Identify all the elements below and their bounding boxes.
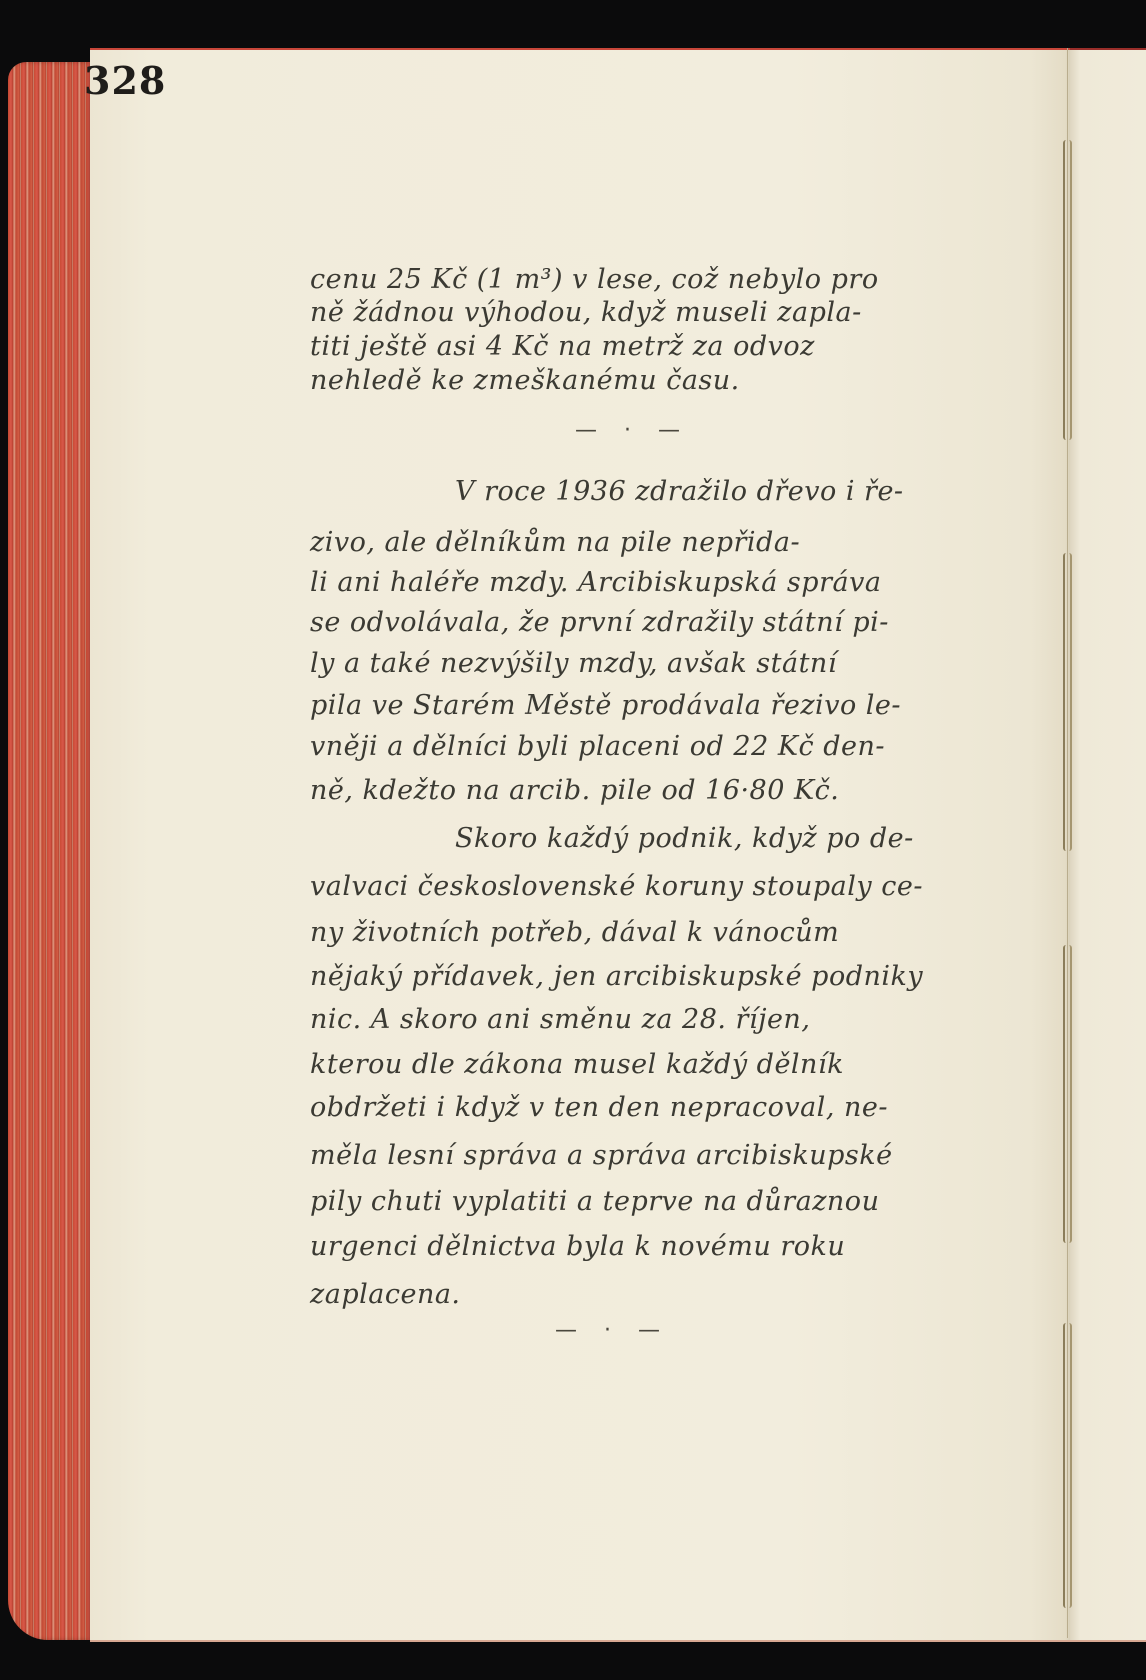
text-line: valvaci československé koruny stoupaly c… <box>310 871 923 902</box>
text-line: ně, kdežto na arcib. pile od 16·80 Kč. <box>310 775 839 806</box>
text-line: nic. A skoro ani směnu za 28. říjen, <box>310 1004 810 1035</box>
text-line: li ani haléře mzdy. Arcibiskupská správa <box>310 567 881 598</box>
book-page-edges <box>8 62 92 1640</box>
page-number: 328 <box>84 58 166 103</box>
section-separator: — · — <box>575 418 690 443</box>
text-line: obdržeti i když v ten den nepracoval, ne… <box>310 1092 888 1123</box>
text-line: cenu 25 Kč (1 m³) v lese, což nebylo pro <box>310 264 879 295</box>
text-line: Skoro každý podnik, když po de- <box>455 823 914 854</box>
binding-stitch <box>1063 553 1072 851</box>
text-line: pila ve Starém Městě prodávala řezivo le… <box>310 690 901 721</box>
text-line: V roce 1936 zdražilo dřevo i ře- <box>455 476 904 507</box>
binding-stitch <box>1063 1323 1072 1608</box>
binding-stitch <box>1063 140 1072 440</box>
text-line: ly a také nezvýšily mzdy, avšak státní <box>310 648 837 679</box>
text-line: nějaký přídavek, jen arcibiskupské podni… <box>310 961 923 992</box>
text-line: pily chuti vyplatiti a teprve na důrazno… <box>310 1186 879 1217</box>
text-line: vněji a dělníci byli placeni od 22 Kč de… <box>310 731 885 762</box>
section-separator: — · — <box>555 1318 670 1343</box>
text-line: ny životních potřeb, dával k vánocům <box>310 917 839 948</box>
text-line: zivo, ale dělníkům na pile nepřida- <box>310 527 800 558</box>
text-line: ně žádnou výhodou, když museli zapla- <box>310 297 862 328</box>
text-line: nehledě ke zmeškanému času. <box>310 365 740 396</box>
binding-stitch <box>1063 945 1072 1243</box>
text-line: kterou dle zákona musel každý dělník <box>310 1049 844 1080</box>
text-line: zaplacena. <box>310 1279 461 1310</box>
text-line: se odvolávala, že první zdražily státní … <box>310 607 889 638</box>
text-line: urgenci dělnictva byla k novému roku <box>310 1231 845 1262</box>
text-line: měla lesní správa a správa arcibiskupské <box>310 1140 893 1171</box>
text-line: titi ještě asi 4 Kč na metrž za odvoz <box>310 331 815 362</box>
facing-page-edge <box>1070 48 1146 1642</box>
